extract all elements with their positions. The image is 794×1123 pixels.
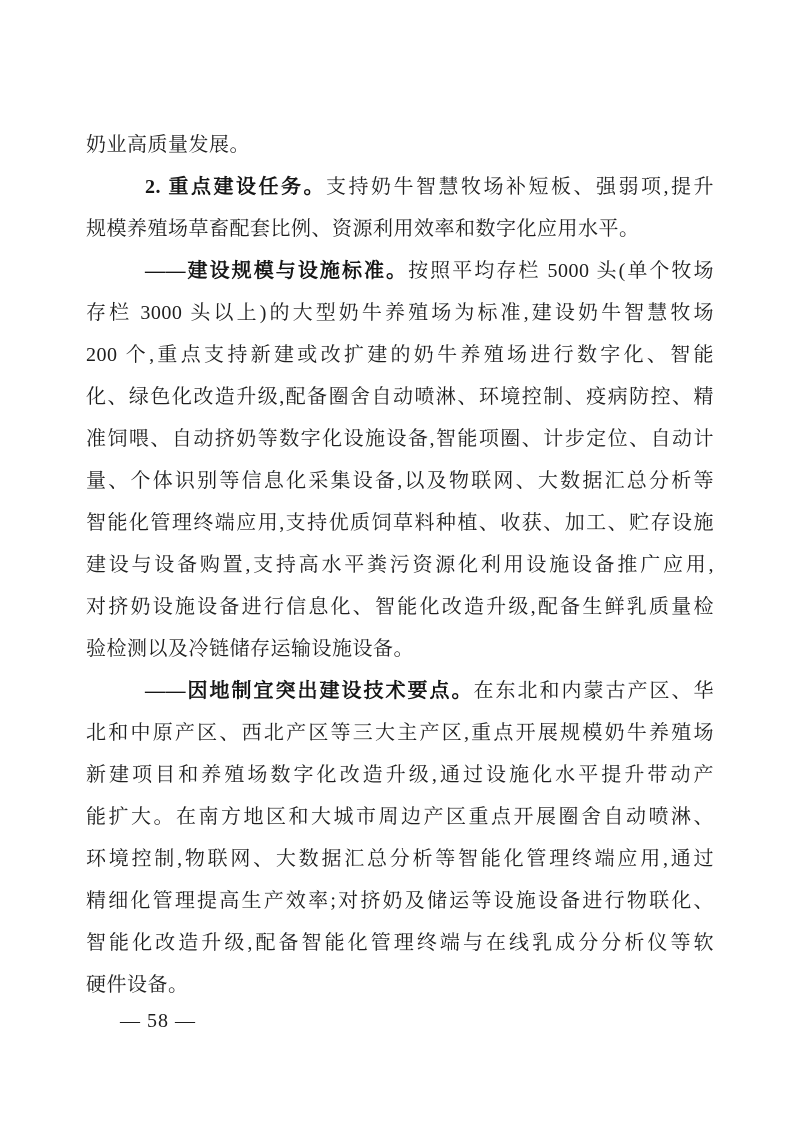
text-run: 化、绿色化改造升级,配备圈舍自动喷淋、环境控制、疫病防控、精 (86, 386, 714, 408)
text-run: 新建项目和养殖场数字化改造升级,通过设施化水平提升带动产 (86, 764, 714, 786)
document-page: 奶业高质量发展。2. 重点建设任务。支持奶牛智慧牧场补短板、强弱项,提升规模养殖… (0, 0, 794, 1123)
text-line: 验检测以及冷链储存运输设施设备。 (86, 628, 714, 670)
text-run: 环境控制,物联网、大数据汇总分析等智能化管理终端应用,通过 (86, 848, 714, 870)
text-line: ——建设规模与设施标准。按照平均存栏 5000 头(单个牧场 (86, 250, 714, 292)
text-line: 存栏 3000 头以上)的大型奶牛养殖场为标准,建设奶牛智慧牧场 (86, 292, 714, 334)
bold-heading-run: ——建设规模与设施标准。 (145, 260, 408, 282)
text-run: 北和中原产区、西北产区等三大主产区,重点开展规模奶牛养殖场 (86, 722, 714, 744)
text-run: 规模养殖场草畜配套比例、资源利用效率和数字化应用水平。 (86, 218, 640, 240)
page-number: — 58 — (120, 1010, 196, 1032)
text-run: 验检测以及冷链储存运输设施设备。 (86, 638, 414, 660)
text-run: 支持奶牛智慧牧场补短板、强弱项,提升 (326, 176, 714, 198)
text-run: 量、个体识别等信息化采集设备,以及物联网、大数据汇总分析等 (86, 470, 714, 492)
text-line: 新建项目和养殖场数字化改造升级,通过设施化水平提升带动产 (86, 754, 714, 796)
text-run: 200 个,重点支持新建或改扩建的奶牛养殖场进行数字化、智能 (86, 344, 714, 366)
text-line: 奶业高质量发展。 (86, 124, 714, 166)
text-run: 存栏 3000 头以上)的大型奶牛养殖场为标准,建设奶牛智慧牧场 (86, 302, 714, 324)
text-line: ——因地制宜突出建设技术要点。在东北和内蒙古产区、华 (86, 670, 714, 712)
text-run: 硬件设备。 (86, 974, 189, 996)
text-run: 对挤奶设施设备进行信息化、智能化改造升级,配备生鲜乳质量检 (86, 596, 714, 618)
text-line: 准饲喂、自动挤奶等数字化设施设备,智能项圈、计步定位、自动计 (86, 418, 714, 460)
document-body: 奶业高质量发展。2. 重点建设任务。支持奶牛智慧牧场补短板、强弱项,提升规模养殖… (86, 124, 714, 1006)
text-run: 奶业高质量发展。 (86, 134, 250, 156)
text-line: 智能化改造升级,配备智能化管理终端与在线乳成分分析仪等软 (86, 922, 714, 964)
text-run: 准饲喂、自动挤奶等数字化设施设备,智能项圈、计步定位、自动计 (86, 428, 714, 450)
text-run: 建设与设备购置,支持高水平粪污资源化利用设施设备推广应用, (86, 554, 714, 576)
text-line: 化、绿色化改造升级,配备圈舍自动喷淋、环境控制、疫病防控、精 (86, 376, 714, 418)
text-run: 按照平均存栏 5000 头(单个牧场 (408, 260, 714, 282)
page-footer: — 58 — (120, 1004, 196, 1038)
text-run: 在东北和内蒙古产区、华 (474, 680, 715, 702)
text-line: 200 个,重点支持新建或改扩建的奶牛养殖场进行数字化、智能 (86, 334, 714, 376)
text-line: 2. 重点建设任务。支持奶牛智慧牧场补短板、强弱项,提升 (86, 166, 714, 208)
text-run: 智能化管理终端应用,支持优质饲草料种植、收获、加工、贮存设施 (86, 512, 714, 534)
text-line: 北和中原产区、西北产区等三大主产区,重点开展规模奶牛养殖场 (86, 712, 714, 754)
text-line: 智能化管理终端应用,支持优质饲草料种植、收获、加工、贮存设施 (86, 502, 714, 544)
text-line: 硬件设备。 (86, 964, 714, 1006)
text-line: 对挤奶设施设备进行信息化、智能化改造升级,配备生鲜乳质量检 (86, 586, 714, 628)
text-line: 环境控制,物联网、大数据汇总分析等智能化管理终端应用,通过 (86, 838, 714, 880)
bold-heading-run: ——因地制宜突出建设技术要点。 (145, 680, 474, 702)
text-line: 规模养殖场草畜配套比例、资源利用效率和数字化应用水平。 (86, 208, 714, 250)
text-line: 能扩大。在南方地区和大城市周边产区重点开展圈舍自动喷淋、 (86, 796, 714, 838)
bold-heading-run: 2. 重点建设任务。 (145, 176, 326, 198)
text-line: 建设与设备购置,支持高水平粪污资源化利用设施设备推广应用, (86, 544, 714, 586)
text-run: 智能化改造升级,配备智能化管理终端与在线乳成分分析仪等软 (86, 932, 714, 954)
text-run: 精细化管理提高生产效率;对挤奶及储运等设施设备进行物联化、 (86, 890, 714, 912)
text-line: 量、个体识别等信息化采集设备,以及物联网、大数据汇总分析等 (86, 460, 714, 502)
text-line: 精细化管理提高生产效率;对挤奶及储运等设施设备进行物联化、 (86, 880, 714, 922)
text-run: 能扩大。在南方地区和大城市周边产区重点开展圈舍自动喷淋、 (86, 806, 714, 828)
